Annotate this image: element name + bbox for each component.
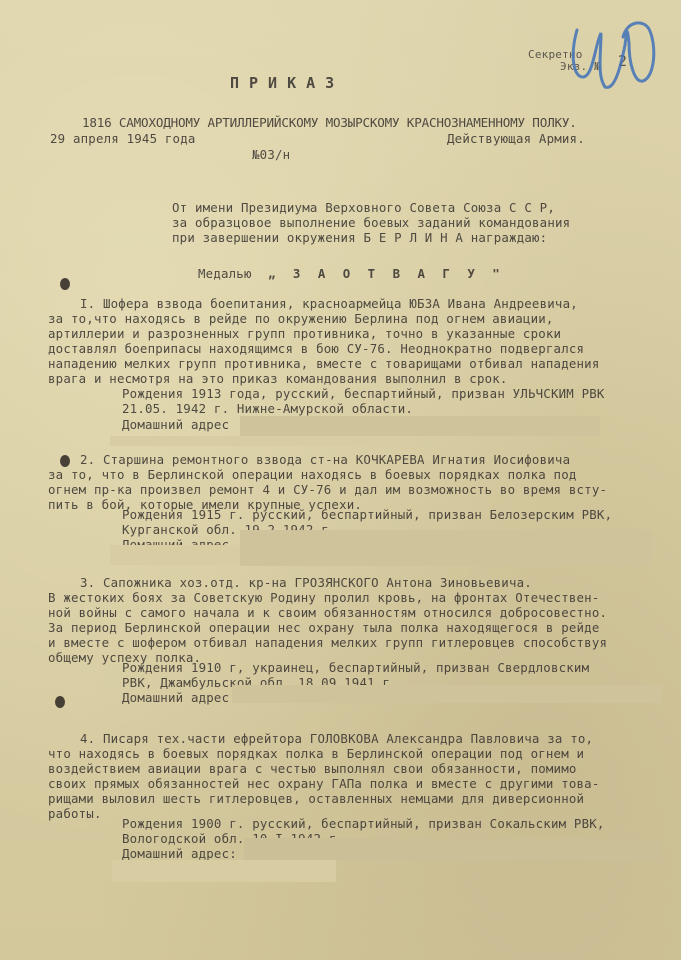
address-label: Домашний адрес	[122, 690, 229, 705]
bio-line: Рождения 1915 г. русский, беспартийный, …	[122, 507, 612, 522]
award-line: В жестоких боях за Советскую Родину прол…	[48, 590, 600, 605]
award-line: воздействием авиации врага с честью выпо…	[48, 761, 577, 776]
document-title: ПРИКАЗ	[230, 74, 344, 92]
award-line: артиллерии и разрозненных групп противни…	[48, 326, 561, 341]
bio-line: Рождения 1910 г, украинец, беспартийный,…	[122, 660, 589, 675]
preamble-line: От имени Президиума Верховного Совета Со…	[172, 200, 555, 215]
bio-line: Рождения 1900 г. русский, беспартийный, …	[122, 816, 605, 831]
order-number: №03/н	[252, 147, 290, 162]
redaction-bar	[244, 838, 662, 860]
award-line: врага и несмотря на это приказ командова…	[48, 371, 508, 386]
redaction-bar	[240, 530, 652, 566]
award-line: за то, что в Берлинской операции находяс…	[48, 467, 577, 482]
award-line: 2. Старшина ремонтного взвода ст-на КОЧК…	[80, 452, 570, 467]
medal-name: „ З А О Т В А Г У "	[268, 266, 505, 281]
award-line: нападению мелких групп противника, вмест…	[48, 356, 600, 371]
punch-hole-icon	[60, 278, 70, 290]
unit-name: 1816 САМОХОДНОМУ АРТИЛЛЕРИЙСКОМУ МОЗЫРСК…	[82, 115, 577, 130]
award-line: работы.	[48, 806, 102, 821]
award-line: 3. Сапожника хоз.отд. кр-на ГРОЗЯНСКОГО …	[80, 575, 532, 590]
award-line: 4. Писаря тех.части ефрейтора ГОЛОВКОВА …	[80, 731, 593, 746]
award-line: и вместе с шофером отбивал нападения мел…	[48, 635, 607, 650]
bio-line: 21.05. 1942 г. Нижне-Амурской области.	[122, 401, 413, 416]
award-line: огнем пр-ка произвел ремонт 4 и СУ-76 и …	[48, 482, 607, 497]
award-line: доставлял боеприпасы находящимся в бою С…	[48, 341, 584, 356]
redaction-bar	[232, 685, 662, 703]
award-line: I. Шофера взвода боепитания, красноармей…	[80, 296, 578, 311]
preamble-line: за образцовое выполнение боевых заданий …	[172, 215, 570, 230]
redaction-bar	[240, 416, 600, 436]
redaction-bar	[110, 545, 240, 565]
address-label: Домашний адрес:	[122, 846, 237, 861]
redaction-bar	[110, 436, 410, 446]
preamble-line: при завершении окружения Б Е Р Л И Н А н…	[172, 230, 547, 245]
punch-hole-icon	[60, 455, 70, 467]
award-line: За период Берлинской операции нес охрану…	[48, 620, 600, 635]
redaction-bar	[112, 860, 336, 882]
award-line: за то,что находясь в рейде по окружению …	[48, 311, 554, 326]
ink-signature-icon	[565, 15, 665, 95]
award-line: рищами выловил шесть гитлеровцев, оставл…	[48, 791, 584, 806]
order-date: 29 апреля 1945 года	[50, 131, 196, 146]
award-line: ной войны с самого начала и к своим обяз…	[48, 605, 607, 620]
address-label: Домашний адрес	[122, 417, 229, 432]
punch-hole-icon	[55, 696, 65, 708]
award-line: что находясь в боевых порядках полка в Б…	[48, 746, 584, 761]
medal-prefix: Медалью	[198, 266, 252, 281]
award-line: своих прямых обязанностей нес охрану ГАП…	[48, 776, 600, 791]
archival-document-page: Секретно Экз. № 2 ПРИКАЗ 1816 САМОХОДНОМ…	[0, 0, 681, 960]
order-location: Действующая Армия.	[447, 131, 585, 146]
bio-line: Рождения 1913 года, русский, беспартийны…	[122, 386, 605, 401]
